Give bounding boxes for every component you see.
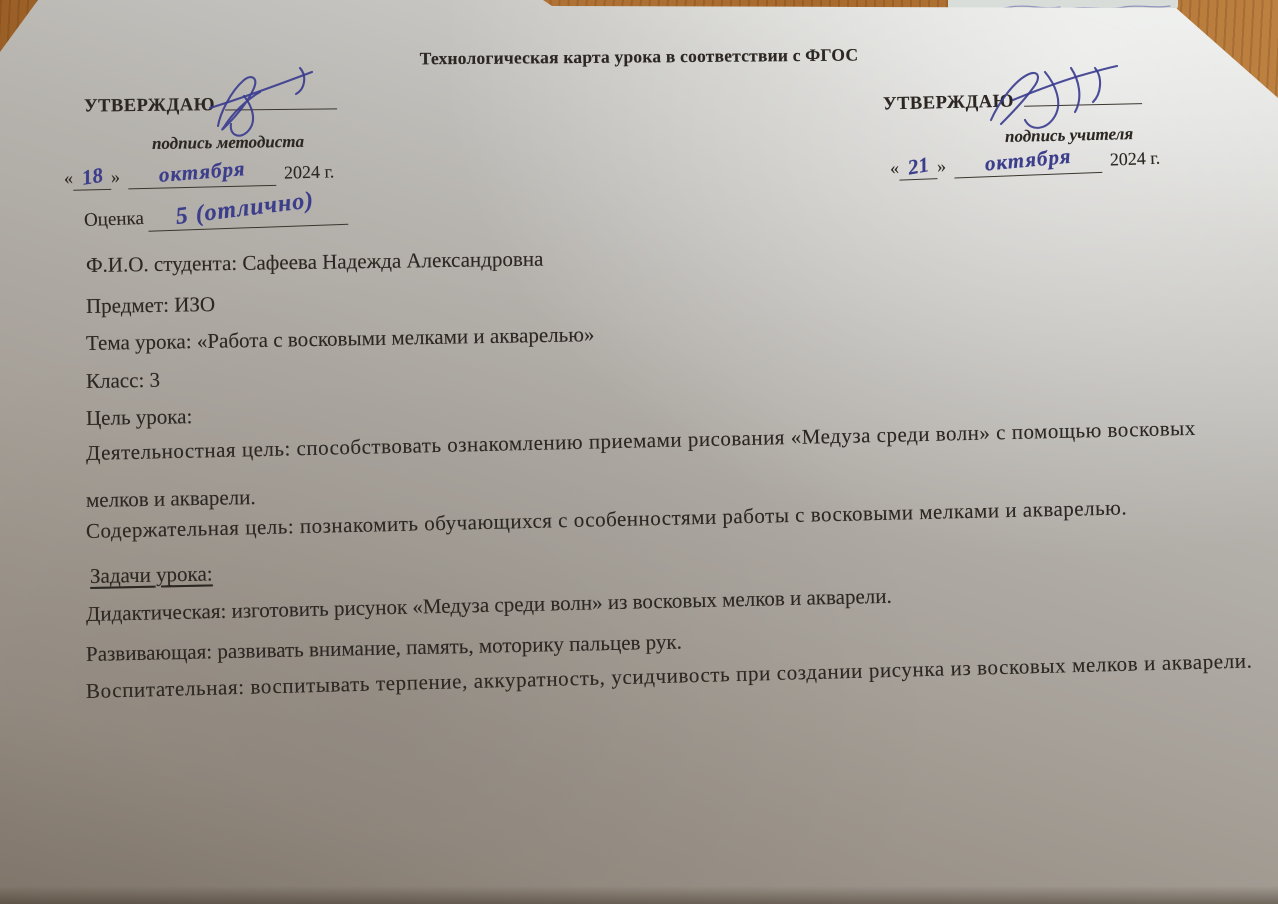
handwritten-month-right: октября: [983, 144, 1072, 177]
methodist-signature-icon: [200, 62, 330, 142]
class-line: Класс: 3: [86, 367, 160, 394]
grade-slot: 5 (отлично): [147, 197, 348, 232]
goal-activity-line-2: мелков и акварели.: [86, 484, 256, 513]
month-slot-left: октября: [128, 160, 277, 190]
tasks-header-line: Задачи урока:: [90, 560, 213, 589]
month-slot-right: октября: [953, 147, 1102, 179]
approval-left-label: УТВЕРЖДАЮ: [84, 95, 215, 116]
date-line-right: «21»октября2024 г.: [890, 145, 1161, 181]
task-developing-line: Развивающая: развивать внимание, память,…: [86, 629, 682, 667]
day-slot-right: 21: [898, 153, 937, 180]
quote-open: «: [64, 168, 73, 188]
day-slot-left: 18: [73, 164, 112, 191]
photo-of-document: Технологическая карта урока в соответств…: [0, 0, 1278, 904]
grade-label: Оценка: [84, 208, 145, 231]
topic-line: Тема урока: «Работа с восковыми мелками …: [86, 321, 595, 356]
handwritten-month-left: октября: [158, 156, 246, 188]
handwritten-grade: 5 (отлично): [174, 187, 316, 231]
task-didactic-line: Дидактическая: изготовить рисунок «Медуз…: [86, 583, 892, 627]
quote-close: »: [111, 167, 120, 187]
grade-line: Оценка5 (отлично): [84, 197, 349, 234]
paper-sheet: Технологическая карта урока в соответств…: [0, 0, 1278, 904]
student-name-line: Ф.И.О. студента: Сафеева Надежда Алексан…: [86, 246, 544, 278]
goal-header-line: Цель урока:: [86, 403, 193, 431]
handwritten-day-left: 18: [80, 163, 105, 191]
year-suffix-right: 2024 г.: [1109, 148, 1160, 170]
quote-close: »: [937, 156, 947, 176]
handwritten-day-right: 21: [905, 152, 930, 180]
subject-line: Предмет: ИЗО: [86, 291, 216, 319]
approval-left-caption: подпись методиста: [152, 132, 304, 154]
goal-activity-line-1: Деятельностная цель: способствовать озна…: [86, 415, 1196, 466]
year-suffix-left: 2024 г.: [284, 161, 335, 182]
date-line-left: «18»октября2024 г.: [64, 158, 335, 191]
